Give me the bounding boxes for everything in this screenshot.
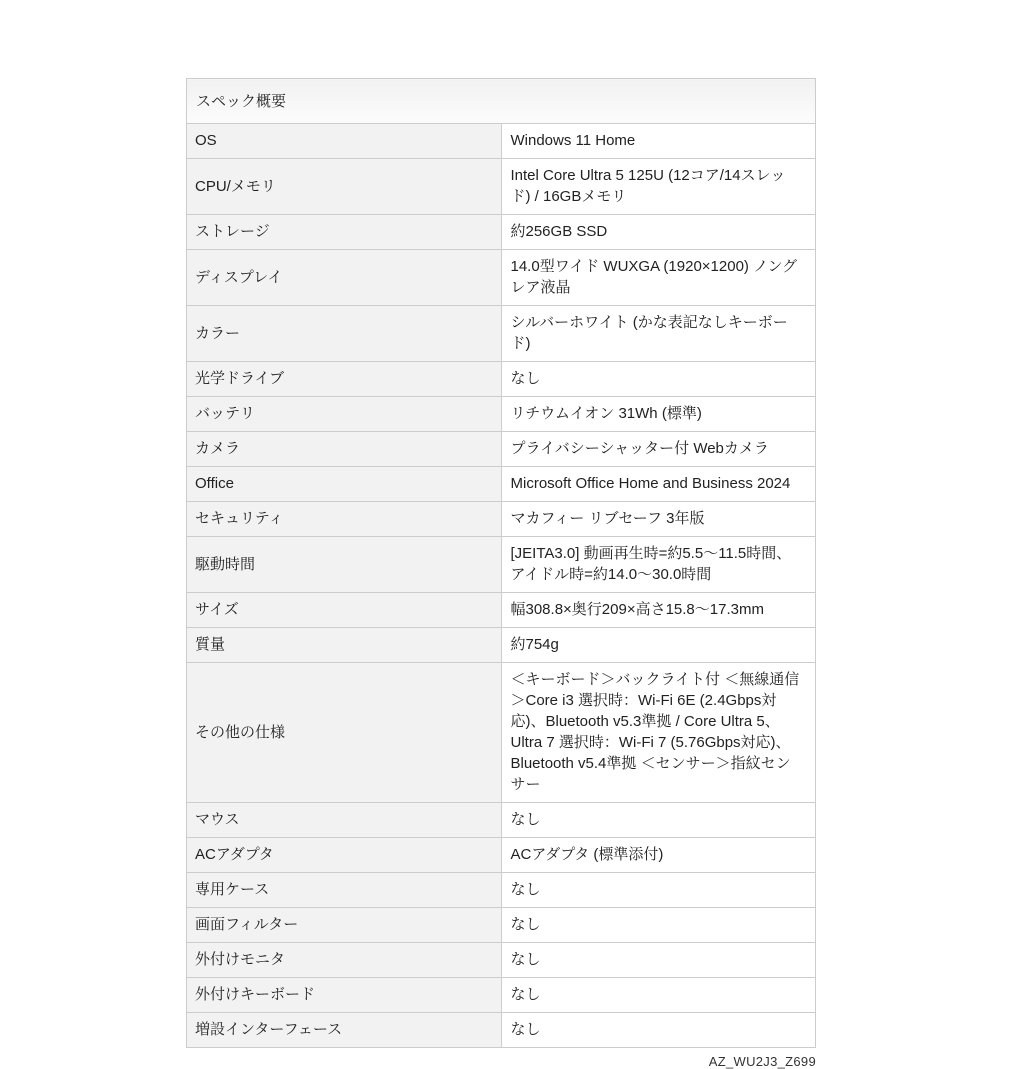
spec-value: 約754g bbox=[501, 628, 816, 663]
spec-label: マウス bbox=[187, 803, 502, 838]
spec-label: 増設インターフェース bbox=[187, 1013, 502, 1048]
spec-label: 画面フィルター bbox=[187, 908, 502, 943]
spec-row-os: OS Windows 11 Home bbox=[187, 124, 816, 159]
spec-value: 幅308.8×奥行209×高さ15.8〜17.3mm bbox=[501, 593, 816, 628]
spec-value: マカフィー リブセーフ 3年版 bbox=[501, 502, 816, 537]
spec-label: OS bbox=[187, 124, 502, 159]
spec-row-case: 専用ケース なし bbox=[187, 873, 816, 908]
spec-value: なし bbox=[501, 908, 816, 943]
spec-value: なし bbox=[501, 803, 816, 838]
spec-value: Microsoft Office Home and Business 2024 bbox=[501, 467, 816, 502]
spec-label: カメラ bbox=[187, 432, 502, 467]
spec-value: [JEITA3.0] 動画再生時=約5.5〜11.5時間、アイドル時=約14.0… bbox=[501, 537, 816, 593]
spec-row-battery: バッテリ リチウムイオン 31Wh (標準) bbox=[187, 397, 816, 432]
spec-row-camera: カメラ プライバシーシャッター付 Webカメラ bbox=[187, 432, 816, 467]
spec-value: 14.0型ワイド WUXGA (1920×1200) ノングレア液晶 bbox=[501, 250, 816, 306]
spec-label: 専用ケース bbox=[187, 873, 502, 908]
spec-row-optical-drive: 光学ドライブ なし bbox=[187, 362, 816, 397]
spec-label: 駆動時間 bbox=[187, 537, 502, 593]
spec-label: 光学ドライブ bbox=[187, 362, 502, 397]
spec-label: 質量 bbox=[187, 628, 502, 663]
spec-row-display: ディスプレイ 14.0型ワイド WUXGA (1920×1200) ノングレア液… bbox=[187, 250, 816, 306]
spec-row-screen-filter: 画面フィルター なし bbox=[187, 908, 816, 943]
spec-row-battery-life: 駆動時間 [JEITA3.0] 動画再生時=約5.5〜11.5時間、アイドル時=… bbox=[187, 537, 816, 593]
spec-value: Windows 11 Home bbox=[501, 124, 816, 159]
spec-label: ディスプレイ bbox=[187, 250, 502, 306]
spec-value: なし bbox=[501, 1013, 816, 1048]
spec-row-external-monitor: 外付けモニタ なし bbox=[187, 943, 816, 978]
spec-value: なし bbox=[501, 978, 816, 1013]
spec-label: 外付けキーボード bbox=[187, 978, 502, 1013]
spec-row-storage: ストレージ 約256GB SSD bbox=[187, 215, 816, 250]
spec-row-mouse: マウス なし bbox=[187, 803, 816, 838]
product-code: AZ_WU2J3_Z699 bbox=[186, 1054, 816, 1069]
spec-value: ACアダプタ (標準添付) bbox=[501, 838, 816, 873]
spec-value: ＜キーボード＞バックライト付 ＜無線通信＞Core i3 選択時：Wi-Fi 6… bbox=[501, 663, 816, 803]
spec-table: スペック概要 OS Windows 11 Home CPU/メモリ Intel … bbox=[186, 78, 816, 1048]
spec-row-cpu-memory: CPU/メモリ Intel Core Ultra 5 125U (12コア/14… bbox=[187, 159, 816, 215]
spec-row-color: カラー シルバーホワイト (かな表記なしキーボード) bbox=[187, 306, 816, 362]
spec-label: ACアダプタ bbox=[187, 838, 502, 873]
spec-value: リチウムイオン 31Wh (標準) bbox=[501, 397, 816, 432]
spec-label: サイズ bbox=[187, 593, 502, 628]
spec-row-ac-adapter: ACアダプタ ACアダプタ (標準添付) bbox=[187, 838, 816, 873]
spec-label: カラー bbox=[187, 306, 502, 362]
spec-value: Intel Core Ultra 5 125U (12コア/14スレッド) / … bbox=[501, 159, 816, 215]
spec-section: スペック概要 OS Windows 11 Home CPU/メモリ Intel … bbox=[186, 78, 816, 1069]
spec-value: なし bbox=[501, 873, 816, 908]
spec-value: シルバーホワイト (かな表記なしキーボード) bbox=[501, 306, 816, 362]
spec-row-other-specs: その他の仕様 ＜キーボード＞バックライト付 ＜無線通信＞Core i3 選択時：… bbox=[187, 663, 816, 803]
spec-table-header-row: スペック概要 bbox=[187, 79, 816, 124]
spec-table-title: スペック概要 bbox=[187, 79, 816, 124]
spec-value: 約256GB SSD bbox=[501, 215, 816, 250]
spec-row-external-keyboard: 外付けキーボード なし bbox=[187, 978, 816, 1013]
spec-row-weight: 質量 約754g bbox=[187, 628, 816, 663]
spec-row-office: Office Microsoft Office Home and Busines… bbox=[187, 467, 816, 502]
spec-row-expansion-interface: 増設インターフェース なし bbox=[187, 1013, 816, 1048]
page-canvas: スペック概要 OS Windows 11 Home CPU/メモリ Intel … bbox=[0, 0, 1024, 1024]
spec-label: CPU/メモリ bbox=[187, 159, 502, 215]
spec-row-size: サイズ 幅308.8×奥行209×高さ15.8〜17.3mm bbox=[187, 593, 816, 628]
spec-label: ストレージ bbox=[187, 215, 502, 250]
spec-label: 外付けモニタ bbox=[187, 943, 502, 978]
spec-row-security: セキュリティ マカフィー リブセーフ 3年版 bbox=[187, 502, 816, 537]
spec-label: Office bbox=[187, 467, 502, 502]
spec-label: セキュリティ bbox=[187, 502, 502, 537]
spec-label: その他の仕様 bbox=[187, 663, 502, 803]
spec-value: プライバシーシャッター付 Webカメラ bbox=[501, 432, 816, 467]
spec-label: バッテリ bbox=[187, 397, 502, 432]
spec-value: なし bbox=[501, 943, 816, 978]
spec-value: なし bbox=[501, 362, 816, 397]
